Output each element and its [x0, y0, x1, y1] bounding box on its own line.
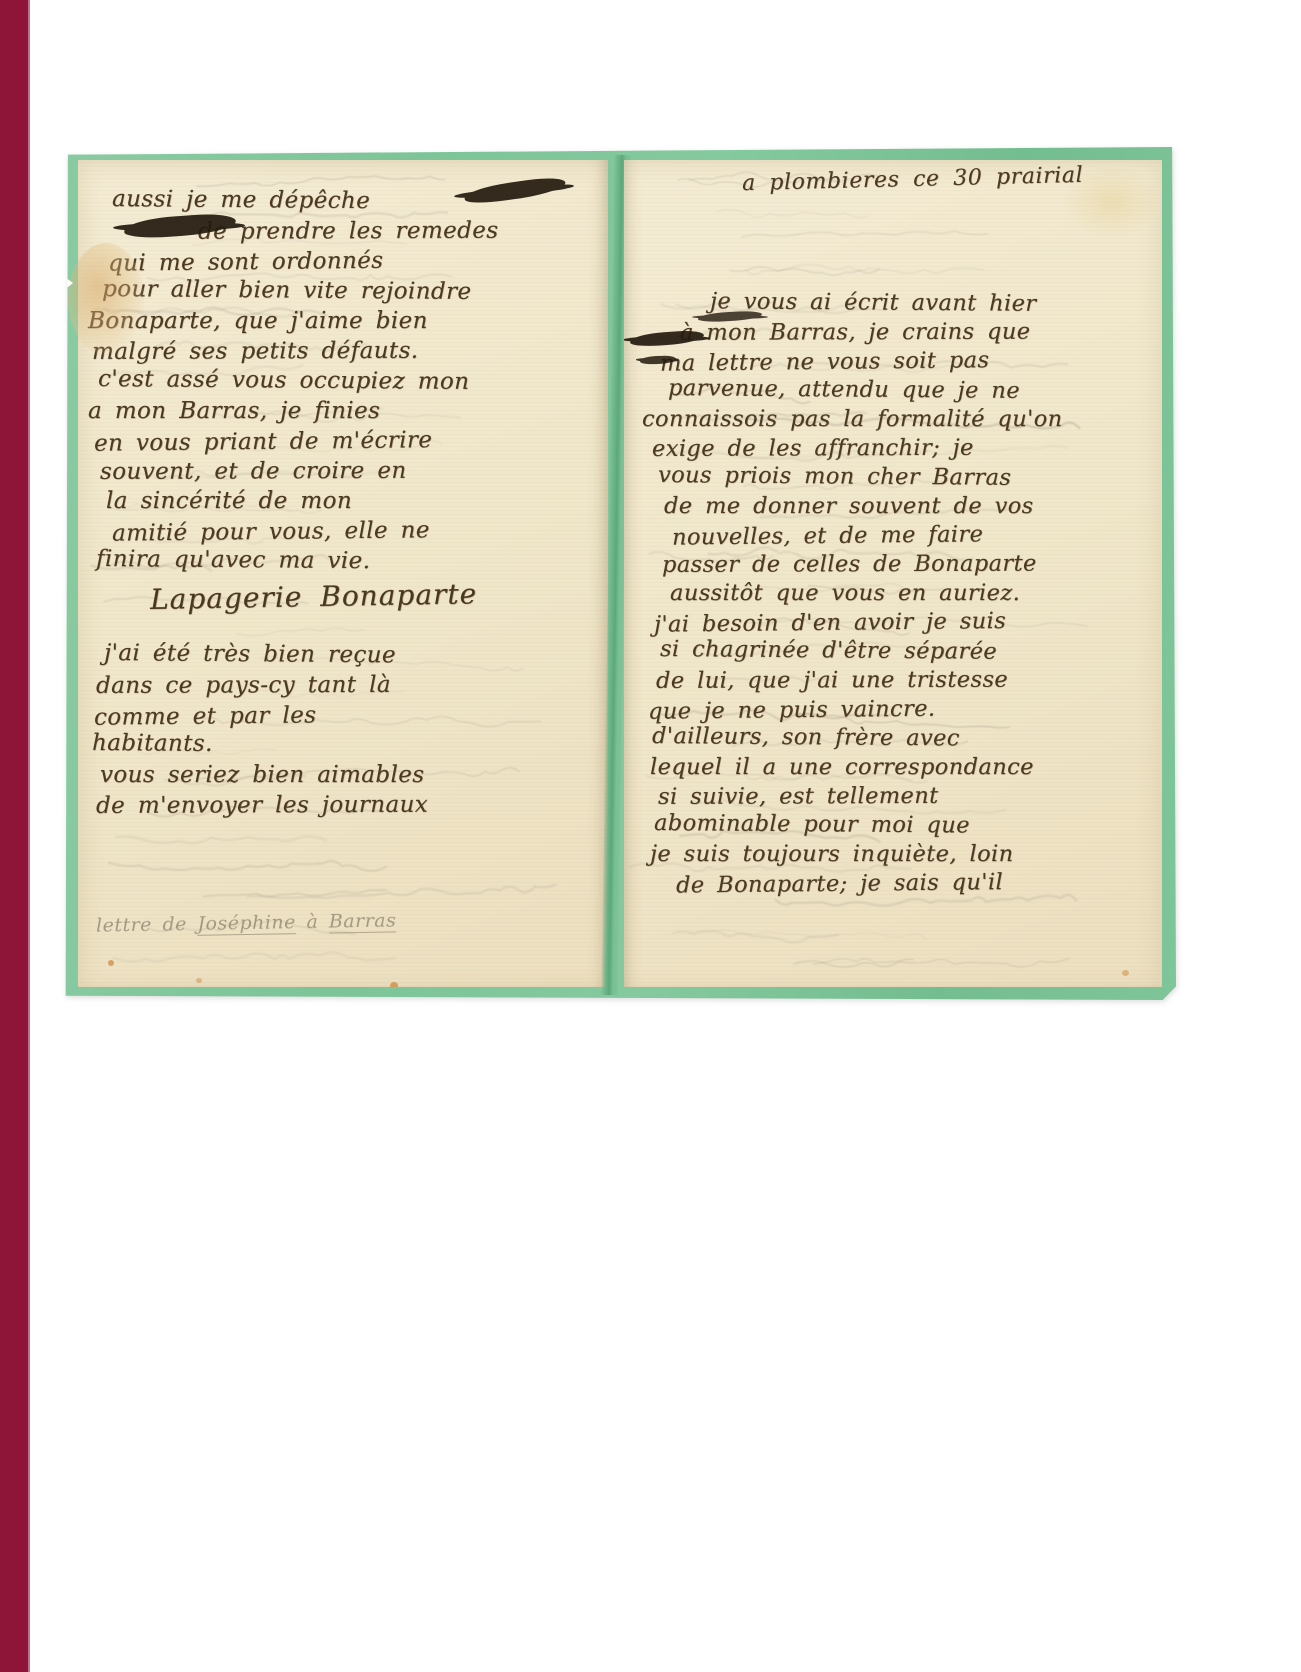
- handwritten-line: passer de celles de Bonaparte: [662, 549, 1162, 580]
- handwritten-line: de m'envoyer les journaux: [96, 789, 608, 821]
- right-page-lines: je vous ai écrit avant hierà mon Barras,…: [624, 289, 1162, 898]
- left-page-text-block: aussi je me dépêchede prendre les remede…: [78, 160, 608, 987]
- handwritten-line: je suis toujours inquiète, loin: [650, 840, 1162, 869]
- manuscript-photo: aussi je me dépêchede prendre les remede…: [64, 147, 1176, 1000]
- handwritten-line: aussitôt que vous en auriez.: [670, 579, 1162, 608]
- handwritten-line: parvenue, attendu que je ne: [668, 374, 1162, 407]
- foxing-spot: [390, 982, 398, 987]
- handwritten-line: j'ai besoin d'en avoir je suis: [654, 605, 1162, 639]
- handwritten-line: si chagrinée d'être séparée: [660, 635, 1162, 668]
- pencil-annotation-text: à: [296, 911, 329, 934]
- manuscript-left-page: aussi je me dépêchede prendre les remede…: [78, 160, 608, 987]
- foxing-spot: [196, 978, 202, 983]
- handwritten-line: si suivie, est tellement: [658, 781, 1162, 812]
- handwritten-line: la sincérité de mon: [106, 486, 608, 516]
- handwritten-line: vous priois mon cher Barras: [658, 461, 1162, 494]
- handwritten-line: habitants.: [92, 728, 608, 762]
- pencil-annotation-name: Joséphine: [197, 911, 296, 936]
- handwritten-line: exige de les affranchir; je: [652, 433, 1162, 464]
- handwritten-line: comme et par les: [94, 697, 608, 732]
- handwritten-line: c'est assé vous occupiez mon: [98, 364, 608, 398]
- handwritten-line: à mon Barras, je crains que: [680, 317, 1162, 348]
- handwritten-line: pour aller bien vite rejoindre: [102, 274, 608, 308]
- handwritten-line: Bonaparte, que j'aime bien: [88, 306, 608, 336]
- left-page-lines: aussi je me dépêchede prendre les remede…: [78, 186, 608, 576]
- foxing-spot: [1122, 970, 1129, 976]
- handwritten-line: souvent, et de croire en: [100, 455, 608, 487]
- handwritten-line: dans ce pays-cy tant là: [96, 669, 608, 701]
- handwritten-line: de Bonaparte; je sais qu'il: [676, 866, 1162, 900]
- handwritten-line: lequel il a une correspondance: [650, 753, 1162, 782]
- handwritten-line: malgré ses petits défauts.: [92, 335, 608, 367]
- pencil-annotation-name: Barras: [329, 909, 397, 933]
- handwritten-line: a mon Barras, je finies: [88, 396, 608, 426]
- signature-line: Lapagerie Bonaparte: [150, 572, 608, 620]
- handwritten-line: je vous ai écrit avant hier: [710, 287, 1162, 320]
- handwritten-line: qui me sont ordonnés: [108, 243, 608, 278]
- handwritten-line: de me donner souvent de vos: [664, 492, 1162, 521]
- handwritten-line: ma lettre ne vous soit pas: [660, 344, 1162, 378]
- manuscript-green-mount: aussi je me dépêchede prendre les remede…: [64, 147, 1176, 1000]
- catalog-page: aussi je me dépêchede prendre les remede…: [0, 0, 1301, 1672]
- foxing-spot: [108, 960, 114, 966]
- pencil-annotation-text: lettre de: [96, 913, 198, 937]
- blank-space: [624, 191, 1162, 289]
- left-page-postscript-lines: j'ai été très bien reçuedans ce pays-cy …: [78, 640, 608, 820]
- handwritten-line: de lui, que j'ai une tristesse: [656, 665, 1162, 696]
- handwritten-line: nouvelles, et de me faire: [672, 518, 1162, 552]
- handwritten-line: amitié pour vous, elle ne: [112, 513, 608, 548]
- handwritten-line: connaissois pas la formalité qu'on: [642, 405, 1162, 434]
- handwritten-line: que je ne puis vaincre.: [648, 692, 1162, 726]
- pencil-annotation: lettre de Joséphine à Barras: [96, 909, 397, 936]
- handwritten-line: j'ai été très bien reçue: [104, 638, 608, 672]
- handwritten-line: vous seriez bien aimables: [100, 760, 608, 790]
- mount-edge-notch: [62, 275, 73, 292]
- handwritten-line: de prendre les remedes: [198, 215, 608, 246]
- handwritten-line: abominable pour moi que: [654, 809, 1162, 842]
- left-accent-bar: [0, 0, 30, 1672]
- right-page-text-block: a plombieres ce 30 prairial je vous ai é…: [624, 160, 1162, 987]
- manuscript-right-page: a plombieres ce 30 prairial je vous ai é…: [624, 160, 1162, 987]
- handwritten-line: d'ailleurs, son frère avec: [652, 722, 1162, 755]
- handwritten-line: en vous priant de m'écrire: [94, 423, 608, 458]
